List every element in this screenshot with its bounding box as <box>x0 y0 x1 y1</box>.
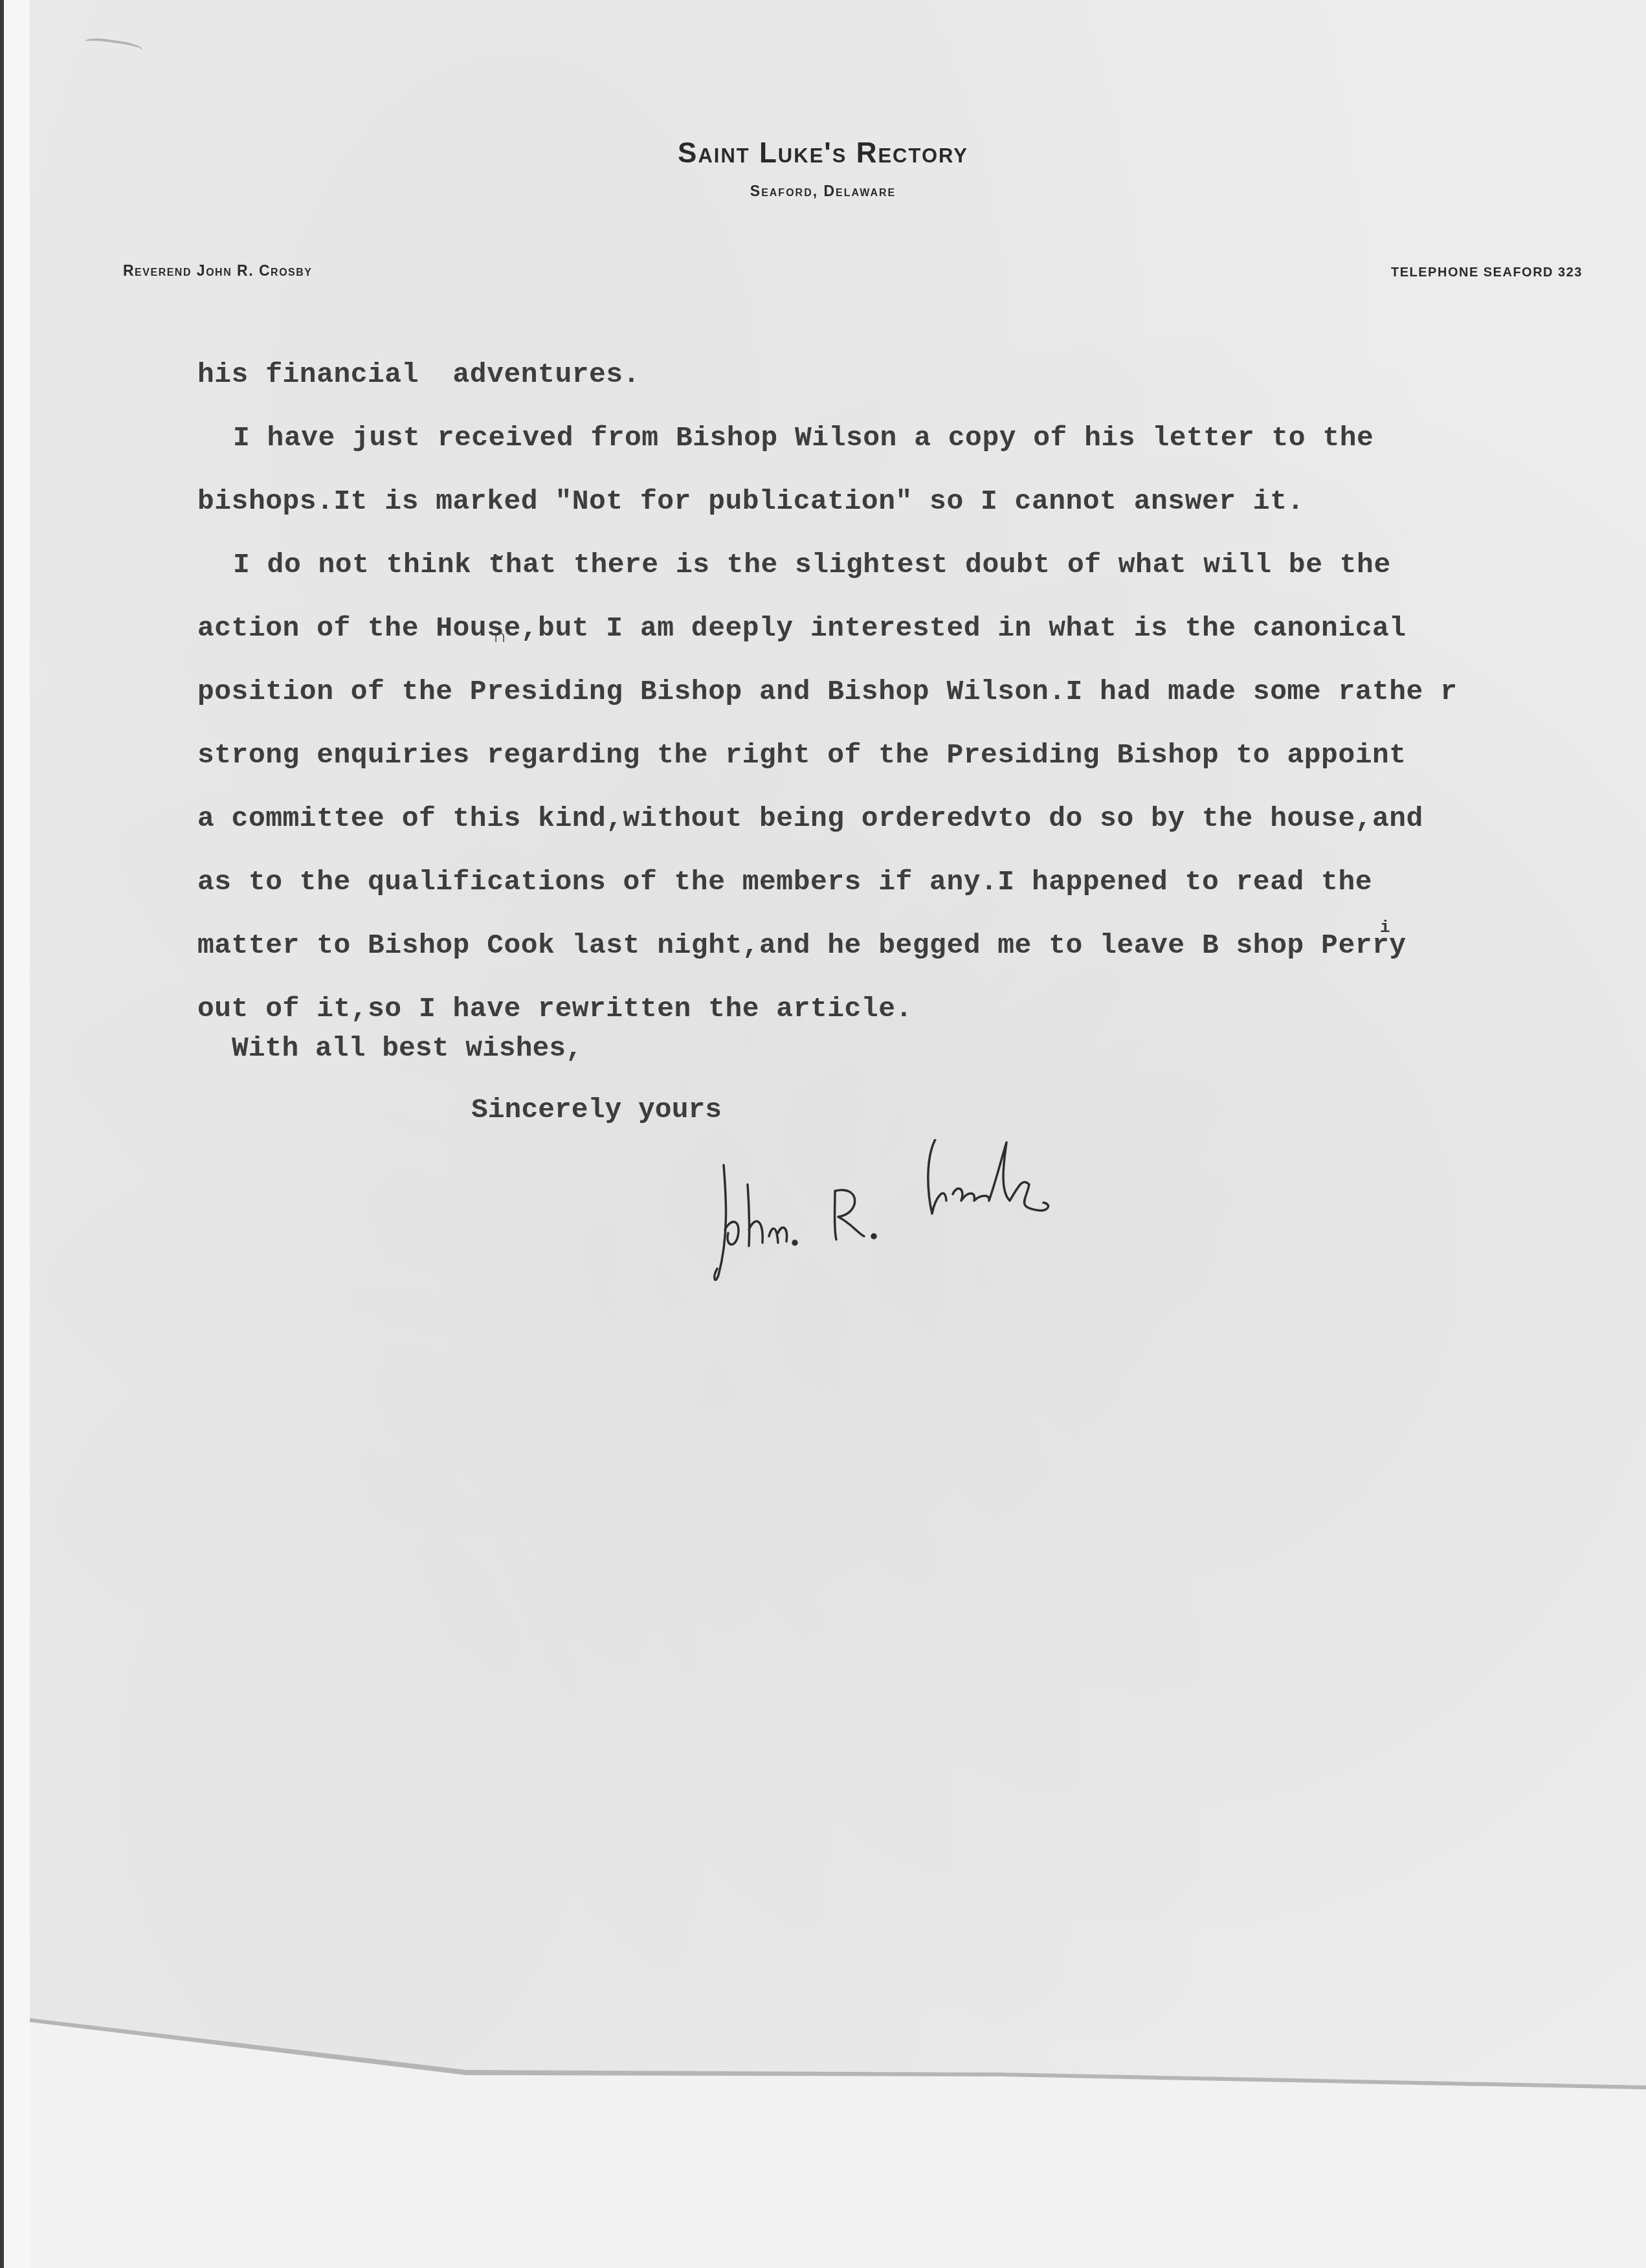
body-line: his financial adventures. <box>197 343 1646 406</box>
body-line: bishops.It is marked "Not for publicatio… <box>197 470 1646 533</box>
body-line: I do not think that there is the slighte… <box>197 533 1646 597</box>
body-line: matter to Bishop Cook last night,and he … <box>197 914 1646 977</box>
scanner-margin <box>4 0 30 2268</box>
body-line: as to the qualifications of the members … <box>197 850 1646 914</box>
letter-body: his financial adventures. I have just re… <box>197 343 1646 1041</box>
handwritten-signature: John. R. Crosby <box>712 1139 1126 1288</box>
letterhead-telephone: TELEPHONE SEAFORD 323 <box>1391 265 1583 280</box>
letter-sign-off: Sincerely yours <box>471 1094 722 1126</box>
correction-mark-below-house: ∩ <box>494 627 506 649</box>
body-line: a committee of this kind,without being o… <box>197 787 1646 850</box>
letter-closing: With all best wishes, <box>232 1032 583 1064</box>
letterhead-title: Saint Luke's Rectory <box>0 137 1646 170</box>
body-line: position of the Presiding Bishop and Bis… <box>197 660 1646 724</box>
correction-mark-above-house: ˘ <box>494 553 506 575</box>
letterhead-location: Seaford, Delaware <box>0 183 1646 200</box>
body-line: I have just received from Bishop Wilson … <box>197 406 1646 470</box>
correction-mark-bishop: i <box>1380 918 1390 937</box>
body-line: strong enquiries regarding the right of … <box>197 724 1646 787</box>
body-line: action of the House,but I am deeply inte… <box>197 597 1646 660</box>
letterhead-sender: Reverend John R. Crosby <box>123 262 313 280</box>
body-line: out of it,so I have rewritten the articl… <box>197 977 1646 1041</box>
